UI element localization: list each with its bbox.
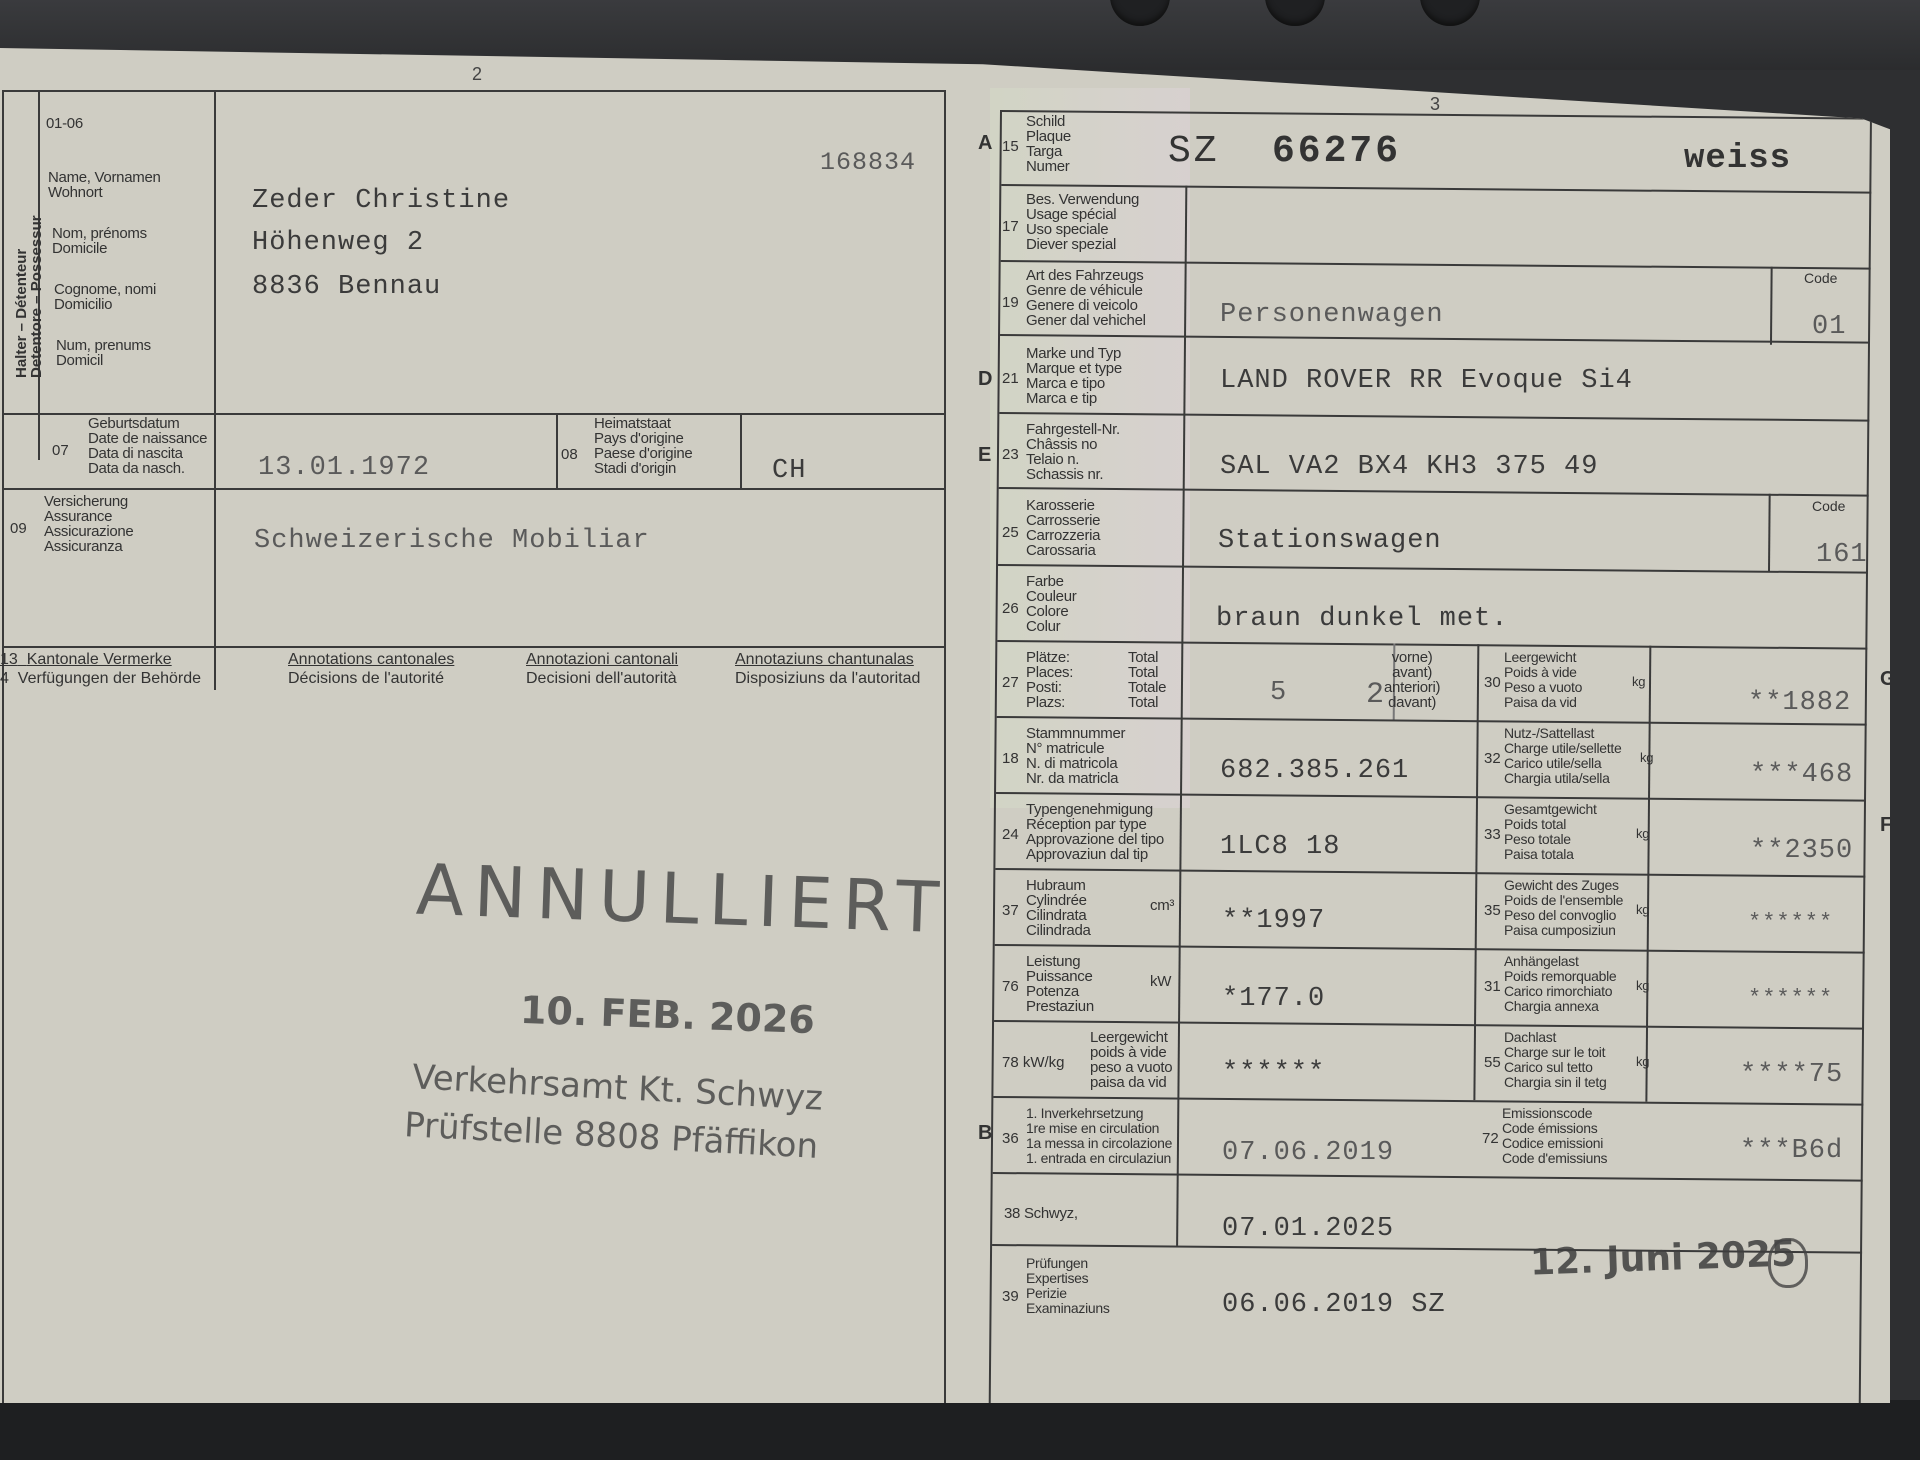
code-label: Code: [1804, 270, 1837, 286]
holder-label-it: Cognome, nomiDomicilio: [54, 282, 156, 312]
payload-label: Nutz-/SattellastCharge utile/selletteCar…: [1504, 726, 1621, 786]
field-number: 32: [1484, 750, 1501, 767]
train-weight-label: Gewicht des ZugesPoids de l'ensemblePeso…: [1504, 878, 1623, 938]
insurance-label: VersicherungAssuranceAssicurazioneAssicu…: [44, 494, 133, 554]
origin-label: HeimatstaatPays d'originePaese d'origine…: [594, 416, 692, 476]
empty-weight-label: LeergewichtPoids à videPeso a vuotoPaisa…: [1504, 650, 1582, 710]
annotations-row-13: 13 Kantonale Vermerke: [0, 651, 172, 669]
annotations-row-14: 4 Verfügungen der Behörde: [0, 670, 201, 688]
field-number: 23: [1002, 446, 1019, 463]
type-approval-label: TypengenehmigungRéception par typeApprov…: [1026, 802, 1164, 862]
train-weight: ******: [1748, 910, 1833, 935]
power-label: LeistungPuissancePotenzaPrestaziun: [1026, 954, 1094, 1014]
seats-label: Plätze:Places:Posti:Plazs:: [1026, 650, 1073, 710]
roof-load-label: DachlastCharge sur le toitCarico sul tet…: [1504, 1030, 1606, 1090]
side-marker: F: [1880, 814, 1892, 837]
holder-label-de: Name, VornamenWohnort: [48, 170, 161, 200]
payload: ***468: [1750, 760, 1853, 790]
section-code: 01-06: [46, 116, 83, 131]
holder-side-label: Halter – Détenteur Detentore – Possessur: [14, 215, 44, 378]
displacement-label: HubraumCylindréeCilindrataCilindrada: [1026, 878, 1091, 938]
field-number: 26: [1002, 600, 1019, 617]
stamp-seal-icon: [1768, 1238, 1808, 1288]
field-number: 30: [1484, 674, 1501, 691]
holder-city: 8836 Bennau: [252, 272, 441, 302]
side-marker: A: [978, 132, 992, 155]
decision-fr: Décisions de l'autorité: [288, 670, 444, 688]
vehicle-registration-document: 2 01-06 Halter – Détenteur Detentore – P…: [0, 48, 1890, 1403]
total-weight-label: GesamtgewichtPoids totalPeso totalePaisa…: [1504, 802, 1597, 862]
unit-label: kg: [1632, 674, 1645, 689]
code-label: Code: [1812, 498, 1845, 514]
reference-number: 168834: [820, 148, 916, 177]
issue-date: 07.01.2025: [1222, 1214, 1394, 1244]
field-number: 55: [1484, 1054, 1501, 1071]
plate-canton: SZ: [1168, 130, 1220, 173]
issue-label: 38 Schwyz,: [1004, 1206, 1078, 1221]
make-model: LAND ROVER RR Evoque Si4: [1220, 366, 1633, 396]
annotation-rm: Annotaziuns chantunalas: [735, 651, 914, 669]
origin-country: CH: [772, 456, 806, 486]
displacement: **1997: [1222, 906, 1325, 936]
color-label: FarbeCouleurColoreColur: [1026, 574, 1076, 634]
field-number: 09: [10, 520, 27, 537]
annotation-it: Annotazioni cantonali: [526, 651, 678, 669]
device-button: [1265, 0, 1325, 26]
vehicle-color: braun dunkel met.: [1216, 604, 1508, 634]
seats-total: 5: [1270, 678, 1287, 708]
annotation-fr: Annotations cantonales: [288, 651, 454, 669]
side-marker: D: [978, 368, 992, 391]
side-marker: B: [978, 1122, 992, 1145]
unit-label: kg: [1636, 978, 1649, 993]
body-code: 161: [1816, 540, 1868, 570]
field-number: 39: [1002, 1288, 1019, 1305]
side-marker: G: [1880, 668, 1896, 691]
page-number-right: 3: [1430, 94, 1440, 115]
make-label: Marke und TypMarque et typeMarca e tipoM…: [1026, 346, 1122, 406]
unit-label: kW: [1150, 974, 1171, 989]
emission-code: ***B6d: [1740, 1136, 1843, 1166]
field-number: 37: [1002, 902, 1019, 919]
body-label: KarosserieCarrosserieCarrozzeriaCarossar…: [1026, 498, 1100, 558]
field-number: 19: [1002, 294, 1019, 311]
unit-label: kg: [1640, 750, 1653, 765]
holder-name: Zeder Christine: [252, 186, 510, 216]
side-marker: E: [978, 444, 991, 467]
plate-color: weiss: [1684, 140, 1791, 178]
roof-load: ****75: [1740, 1060, 1843, 1090]
inspection-entry: 06.06.2019 SZ: [1222, 1290, 1446, 1320]
birth-date: 13.01.1972: [258, 453, 430, 483]
vehicle-type-label: Art des FahrzeugsGenre de véhiculeGenere…: [1026, 268, 1146, 328]
decision-it: Decisioni dell'autorità: [526, 670, 677, 688]
field-number: 17: [1002, 218, 1019, 235]
desk-surface: [0, 1400, 1920, 1460]
unit-label: kg: [1636, 826, 1649, 841]
seats-total-label: TotalTotalTotaleTotal: [1128, 650, 1166, 710]
special-use-label: Bes. VerwendungUsage spécialUso speciale…: [1026, 192, 1139, 252]
trailer-load: ******: [1748, 986, 1833, 1011]
field-number: 07: [52, 442, 69, 459]
power-weight-label: Leergewichtpoids à videpeso a vuotopaisa…: [1090, 1030, 1172, 1090]
field-number: 36: [1002, 1130, 1019, 1147]
body-type: Stationswagen: [1218, 526, 1442, 556]
field-number: 35: [1484, 902, 1501, 919]
decision-rm: Disposiziuns da l'autoritad: [735, 670, 920, 688]
trailer-load-label: AnhängelastPoids remorquableCarico rimor…: [1504, 954, 1616, 1014]
unit-label: cm³: [1150, 898, 1174, 913]
vehicle-type: Personenwagen: [1220, 300, 1444, 330]
field-number: 24: [1002, 826, 1019, 843]
seats-front: 2: [1366, 678, 1385, 712]
field-number: 72: [1482, 1130, 1499, 1147]
field-number: 21: [1002, 370, 1019, 387]
field-number: 33: [1484, 826, 1501, 843]
field-number: 15: [1002, 138, 1019, 155]
field-number: 31: [1484, 978, 1501, 995]
type-approval: 1LC8 18: [1220, 832, 1340, 862]
seats-front-label: vorne)avant)anteriori)davant): [1384, 650, 1440, 710]
holder-street: Höhenweg 2: [252, 228, 424, 258]
field-number: 76: [1002, 978, 1019, 995]
birth-label: GeburtsdatumDate de naissanceData di nas…: [88, 416, 207, 476]
inspections-label: PrüfungenExpertisesPerizieExaminaziuns: [1026, 1256, 1110, 1316]
first-registration-date: 07.06.2019: [1222, 1138, 1394, 1168]
empty-weight: **1882: [1748, 688, 1851, 718]
plate-number: 66276: [1272, 130, 1401, 173]
unit-label: kg: [1636, 902, 1649, 917]
field-number: 78 kW/kg: [1002, 1054, 1065, 1071]
plate-label: SchildPlaqueTargaNumer: [1026, 114, 1071, 174]
page-number-left: 2: [472, 64, 482, 85]
unit-label: kg: [1636, 1054, 1649, 1069]
chassis-number: SAL VA2 BX4 KH3 375 49: [1220, 452, 1598, 482]
emission-code-label: EmissionscodeCode émissionsCodice emissi…: [1502, 1106, 1607, 1166]
insurance-company: Schweizerische Mobiliar: [254, 526, 650, 556]
power-weight: ******: [1222, 1058, 1325, 1088]
matriculation-number: 682.385.261: [1220, 756, 1409, 786]
holder-label-fr: Nom, prénomsDomicile: [52, 226, 147, 256]
field-number: 08: [561, 446, 578, 463]
device-button: [1110, 0, 1170, 26]
matriculation-label: StammnummerN° matriculeN. di matricolaNr…: [1026, 726, 1125, 786]
device-button: [1420, 0, 1480, 26]
chassis-label: Fahrgestell-Nr.Châssis noTelaio n.Schass…: [1026, 422, 1120, 482]
field-number: 25: [1002, 524, 1019, 541]
field-number: 27: [1002, 674, 1019, 691]
vehicle-type-code: 01: [1812, 312, 1846, 342]
holder-label-rm: Num, prenumsDomicil: [56, 338, 151, 368]
power: *177.0: [1222, 984, 1325, 1014]
first-registration-label: 1. Inverkehrsetzung1re mise en circulati…: [1026, 1106, 1172, 1166]
field-number: 18: [1002, 750, 1019, 767]
total-weight: **2350: [1750, 836, 1853, 866]
